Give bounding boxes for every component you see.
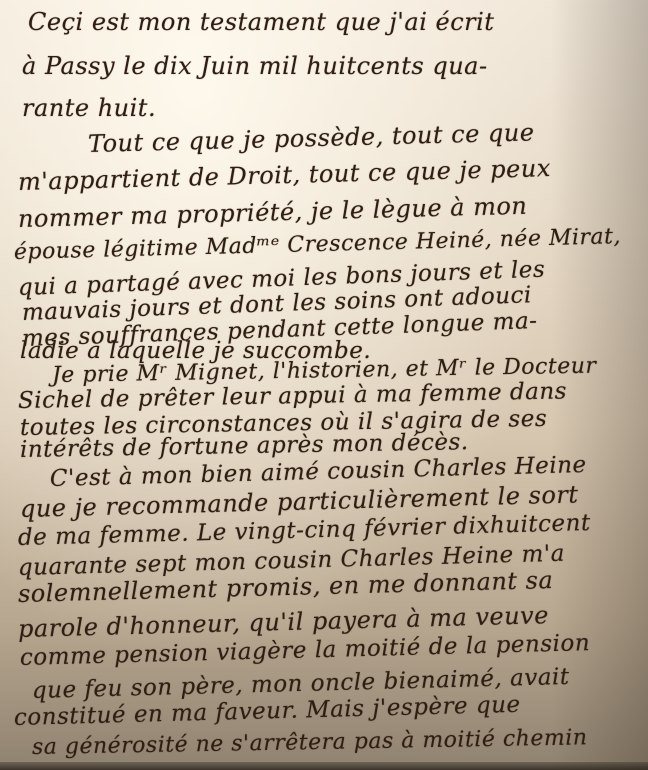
handwritten-line: Ceçi est mon testament que j'ai écrit [28, 8, 494, 36]
handwritten-line: Tout ce que je possède, tout ce que [88, 118, 535, 158]
handwritten-line: rante huit. [22, 94, 156, 122]
handwritten-line: à Passy le dix Juin mil huitcents qua- [22, 52, 488, 80]
handwritten-line: nommer ma propriété, je le lègue à mon [18, 192, 528, 233]
handwritten-line: m'appartient de Droit, tout ce que je pe… [18, 154, 552, 196]
handwritten-line: sa générosité ne s'arrêtera pas à moitié… [32, 725, 588, 760]
page-bottom-edge [0, 762, 648, 770]
manuscript-page: Ceçi est mon testament que j'ai écrità P… [0, 0, 648, 770]
